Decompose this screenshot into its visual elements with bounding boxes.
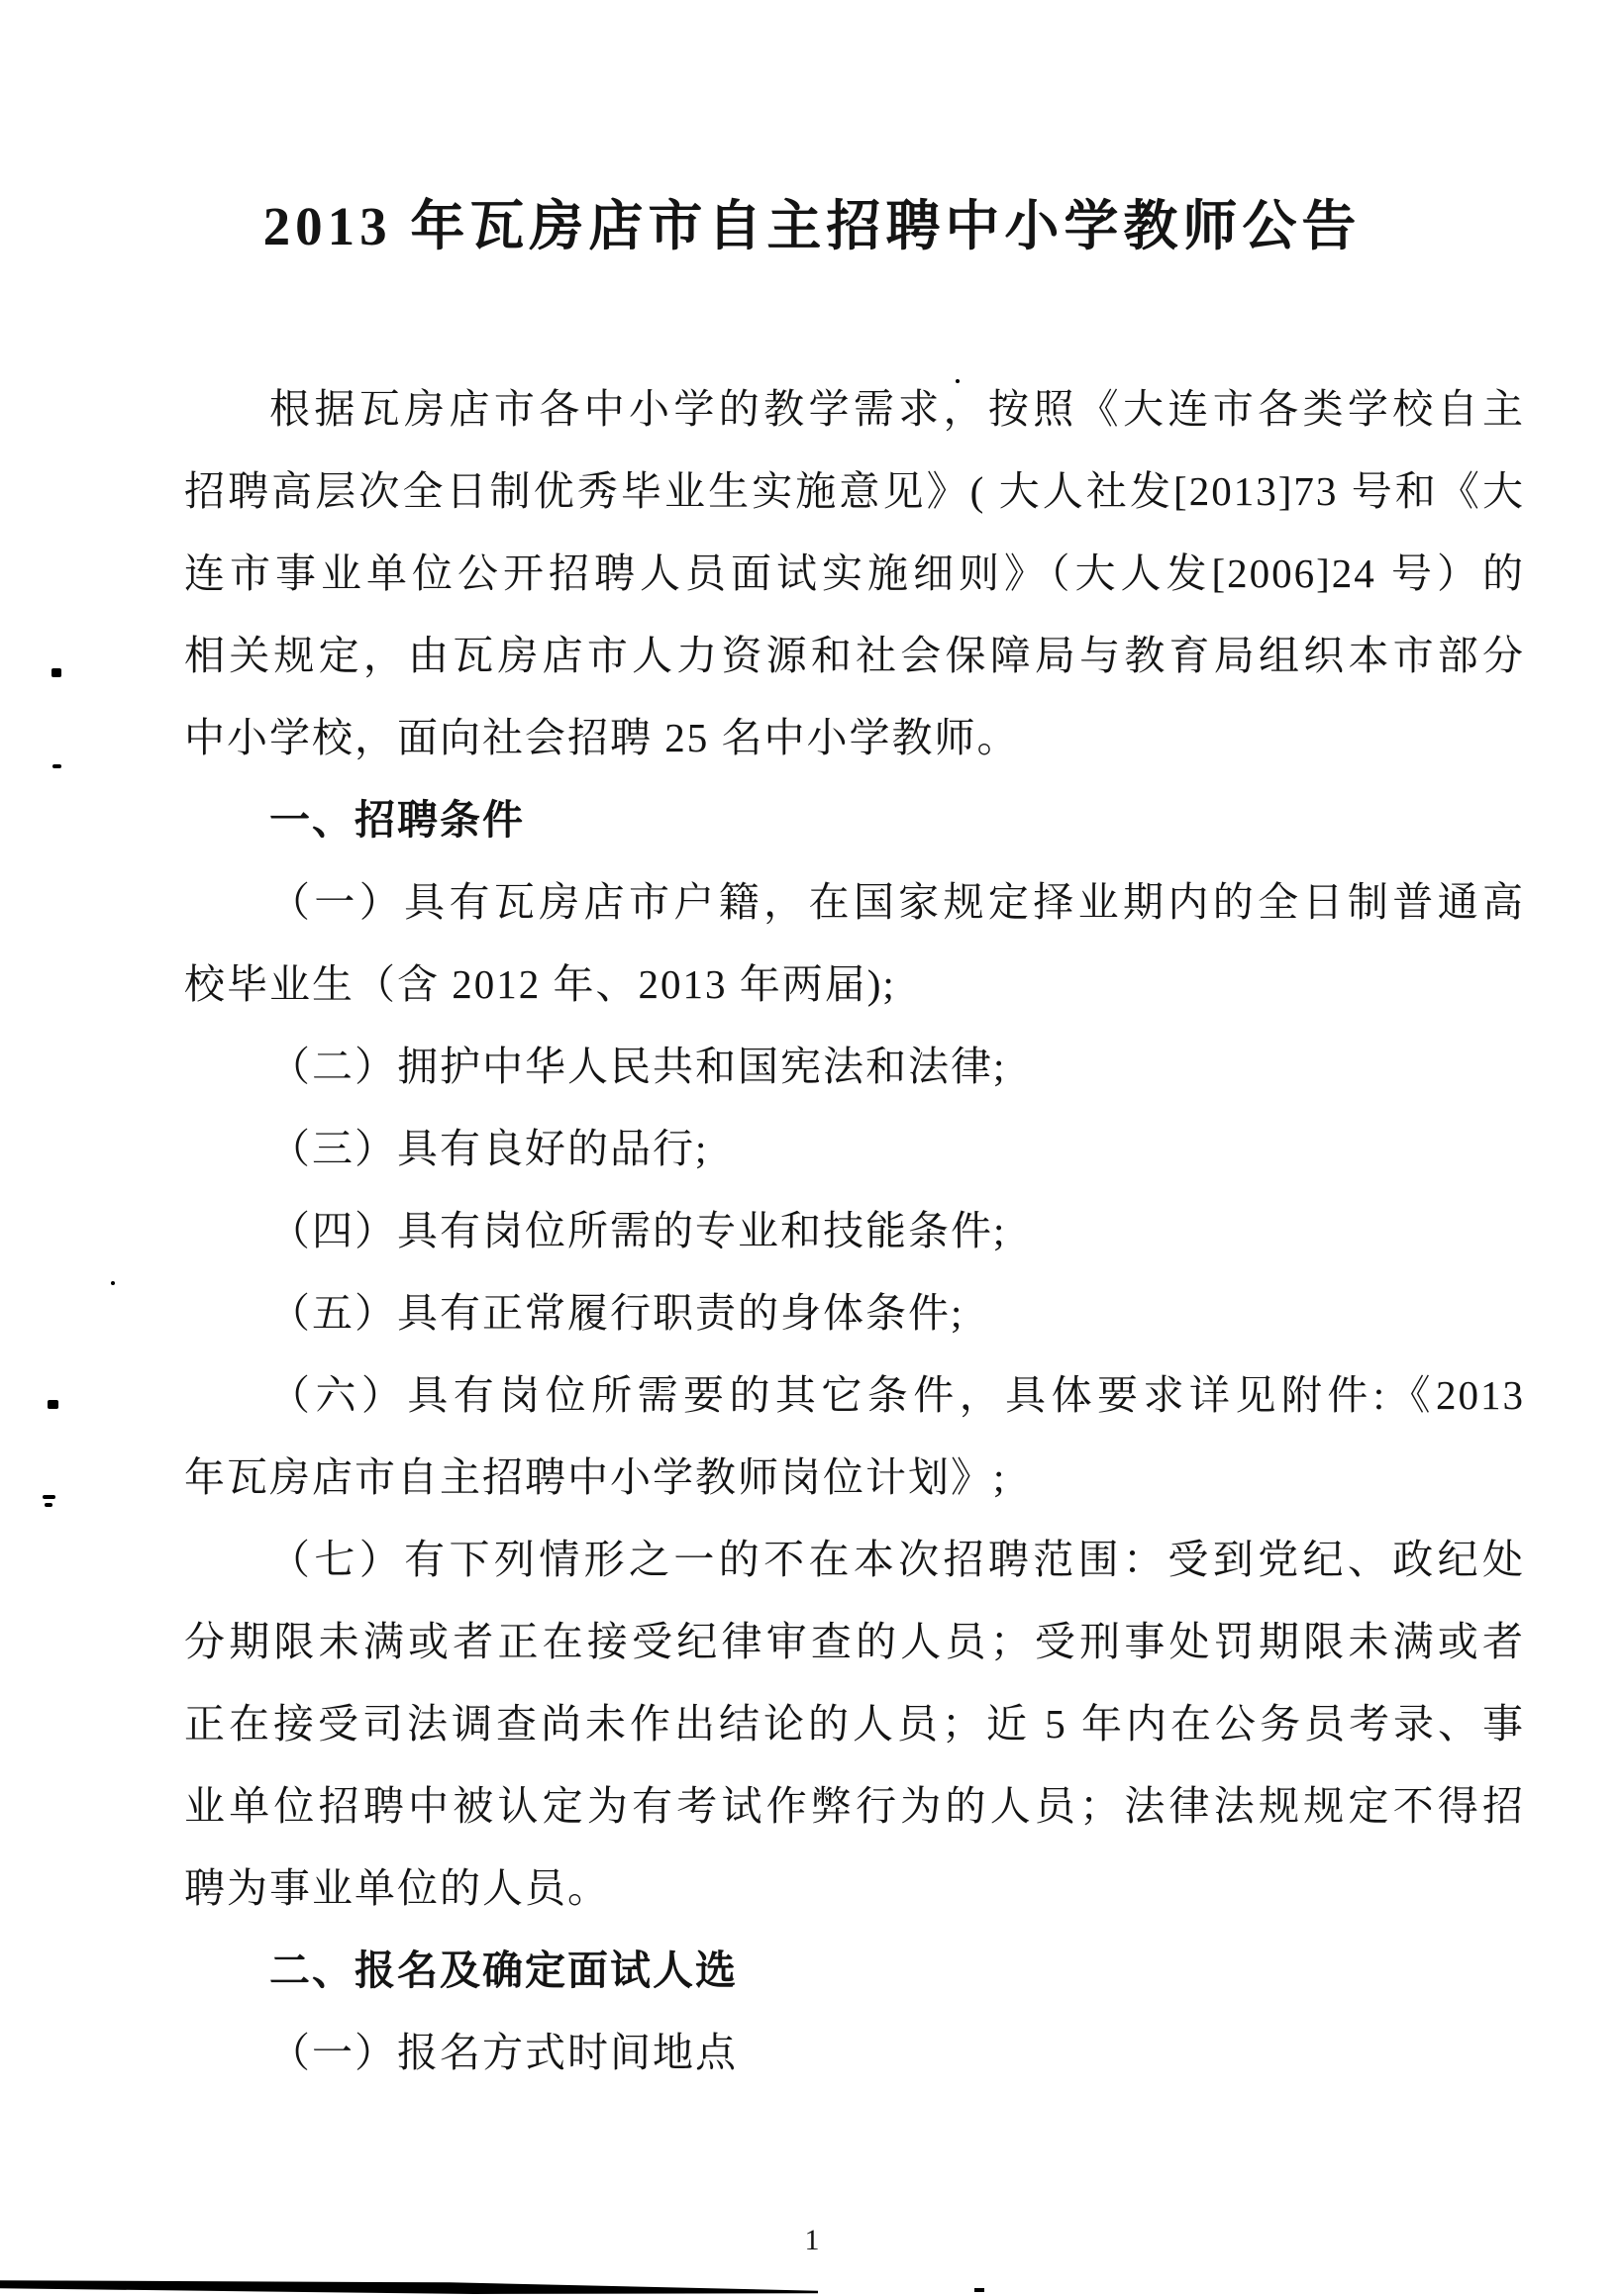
- doc-line: 连市事业单位公开招聘人员面试实施细则》（大人发[2006]24 号）的: [184, 533, 1525, 615]
- doc-line: （二）拥护中华人民共和国宪法和法律;: [184, 1026, 1525, 1108]
- doc-line: 相关规定，由瓦房店市人力资源和社会保障局与教育局组织本市部分: [184, 615, 1525, 697]
- doc-line: 中小学校，面向社会招聘 25 名中小学教师。: [184, 697, 1525, 779]
- doc-title: 2013 年瓦房店市自主招聘中小学教师公告: [0, 190, 1624, 263]
- doc-line: （六）具有岗位所需要的其它条件，具体要求详见附件:《2013: [184, 1354, 1525, 1437]
- scan-speck: [48, 1400, 58, 1409]
- scan-speck: [52, 764, 61, 768]
- doc-line: 分期限未满或者正在接受纪律审查的人员；受刑事处罚期限未满或者: [184, 1601, 1525, 1683]
- doc-line: 根据瓦房店市各中小学的教学需求，按照《大连市各类学校自主: [184, 368, 1525, 450]
- scan-edge-artifact: [974, 2288, 984, 2292]
- doc-line: 聘为事业单位的人员。: [184, 1847, 1525, 1930]
- doc-line: （一）报名方式时间地点: [184, 2012, 1525, 2094]
- scan-speck: [43, 1495, 55, 1499]
- doc-line: （五）具有正常履行职责的身体条件;: [184, 1272, 1525, 1354]
- document-body: 根据瓦房店市各中小学的教学需求，按照《大连市各类学校自主 招聘高层次全日制优秀毕…: [184, 368, 1525, 2094]
- doc-line: 校毕业生（含 2012 年、2013 年两届);: [184, 944, 1525, 1026]
- doc-line: 正在接受司法调查尚未作出结论的人员；近 5 年内在公务员考录、事: [184, 1683, 1525, 1765]
- doc-line: 年瓦房店市自主招聘中小学教师岗位计划》;: [184, 1437, 1525, 1519]
- doc-line: 业单位招聘中被认定为有考试作弊行为的人员；法律法规规定不得招: [184, 1765, 1525, 1847]
- doc-line: （一）具有瓦房店市户籍，在国家规定择业期内的全日制普通高: [184, 861, 1525, 944]
- doc-line: （四）具有岗位所需的专业和技能条件;: [184, 1190, 1525, 1272]
- scan-speck: [956, 379, 960, 383]
- page-number: 1: [0, 2221, 1624, 2260]
- doc-line: （三）具有良好的品行;: [184, 1108, 1525, 1190]
- section-heading: 二、报名及确定面试人选: [184, 1930, 1525, 2012]
- scanned-page: 2013 年瓦房店市自主招聘中小学教师公告 根据瓦房店市各中小学的教学需求，按照…: [0, 0, 1624, 2296]
- scan-speck: [51, 668, 61, 677]
- scan-speck: [111, 1281, 115, 1285]
- doc-line: （七）有下列情形之一的不在本次招聘范围：受到党纪、政纪处: [184, 1519, 1525, 1601]
- scan-edge-artifact: [0, 2279, 818, 2294]
- scan-speck: [45, 1503, 52, 1507]
- doc-line: 招聘高层次全日制优秀毕业生实施意见》( 大人社发[2013]73 号和《大: [184, 450, 1525, 533]
- section-heading: 一、招聘条件: [184, 779, 1525, 861]
